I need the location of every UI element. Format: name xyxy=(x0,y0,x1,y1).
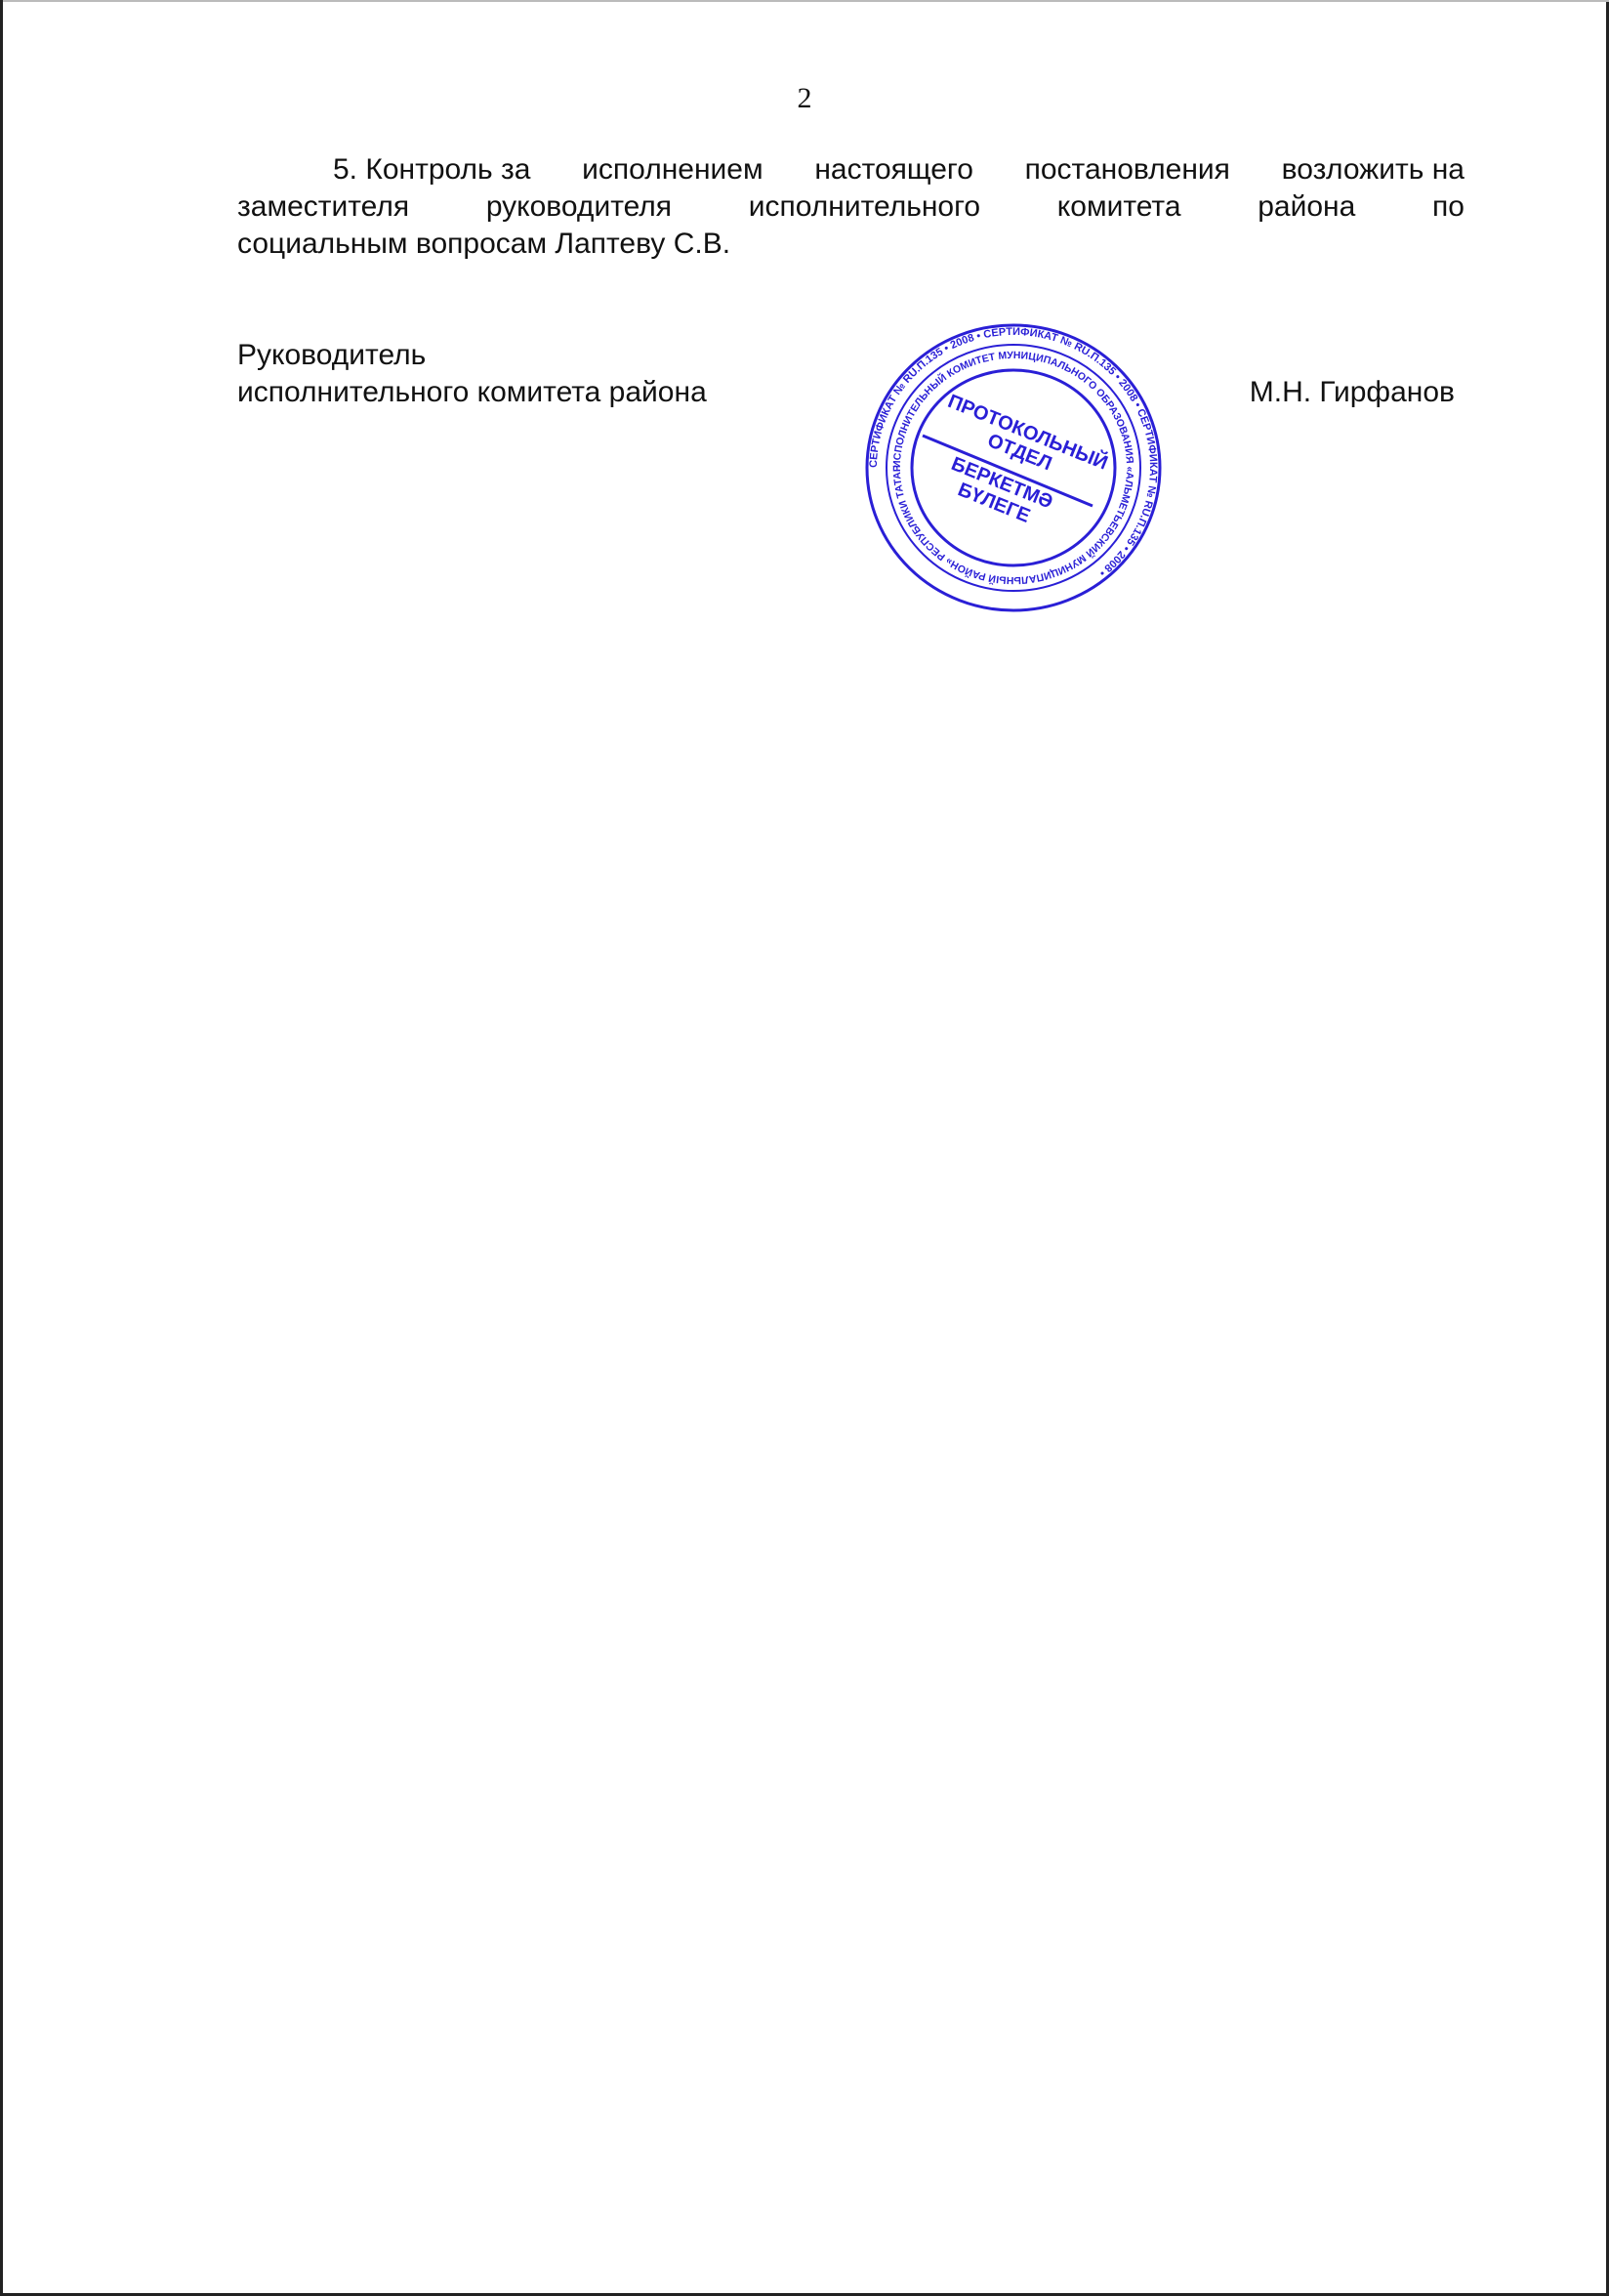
document-page: 2 5. Контроль за исполнением настоящего … xyxy=(0,0,1609,2296)
paragraph-line-1: 5. Контроль за исполнением настоящего по… xyxy=(237,151,1465,188)
paragraph-line-3: социальным вопросам Лаптеву С.В. xyxy=(237,226,1465,263)
signatory-name: М.Н. Гирфанов xyxy=(1250,374,1455,411)
scan-edge xyxy=(3,0,1609,2)
official-stamp-icon: СЕРТИФИКАТ № RU.П.135 • 2008 • СЕРТИФИКА… xyxy=(862,320,1165,615)
signatory-position: Руководитель исполнительного комитета ра… xyxy=(237,337,707,411)
position-organization: исполнительного комитета района xyxy=(237,374,707,411)
position-title: Руководитель xyxy=(237,337,707,374)
page-number: 2 xyxy=(3,82,1606,115)
paragraph-line-2: заместителя руководителя исполнительного… xyxy=(237,188,1465,226)
paragraph-5: 5. Контроль за исполнением настоящего по… xyxy=(237,151,1465,263)
